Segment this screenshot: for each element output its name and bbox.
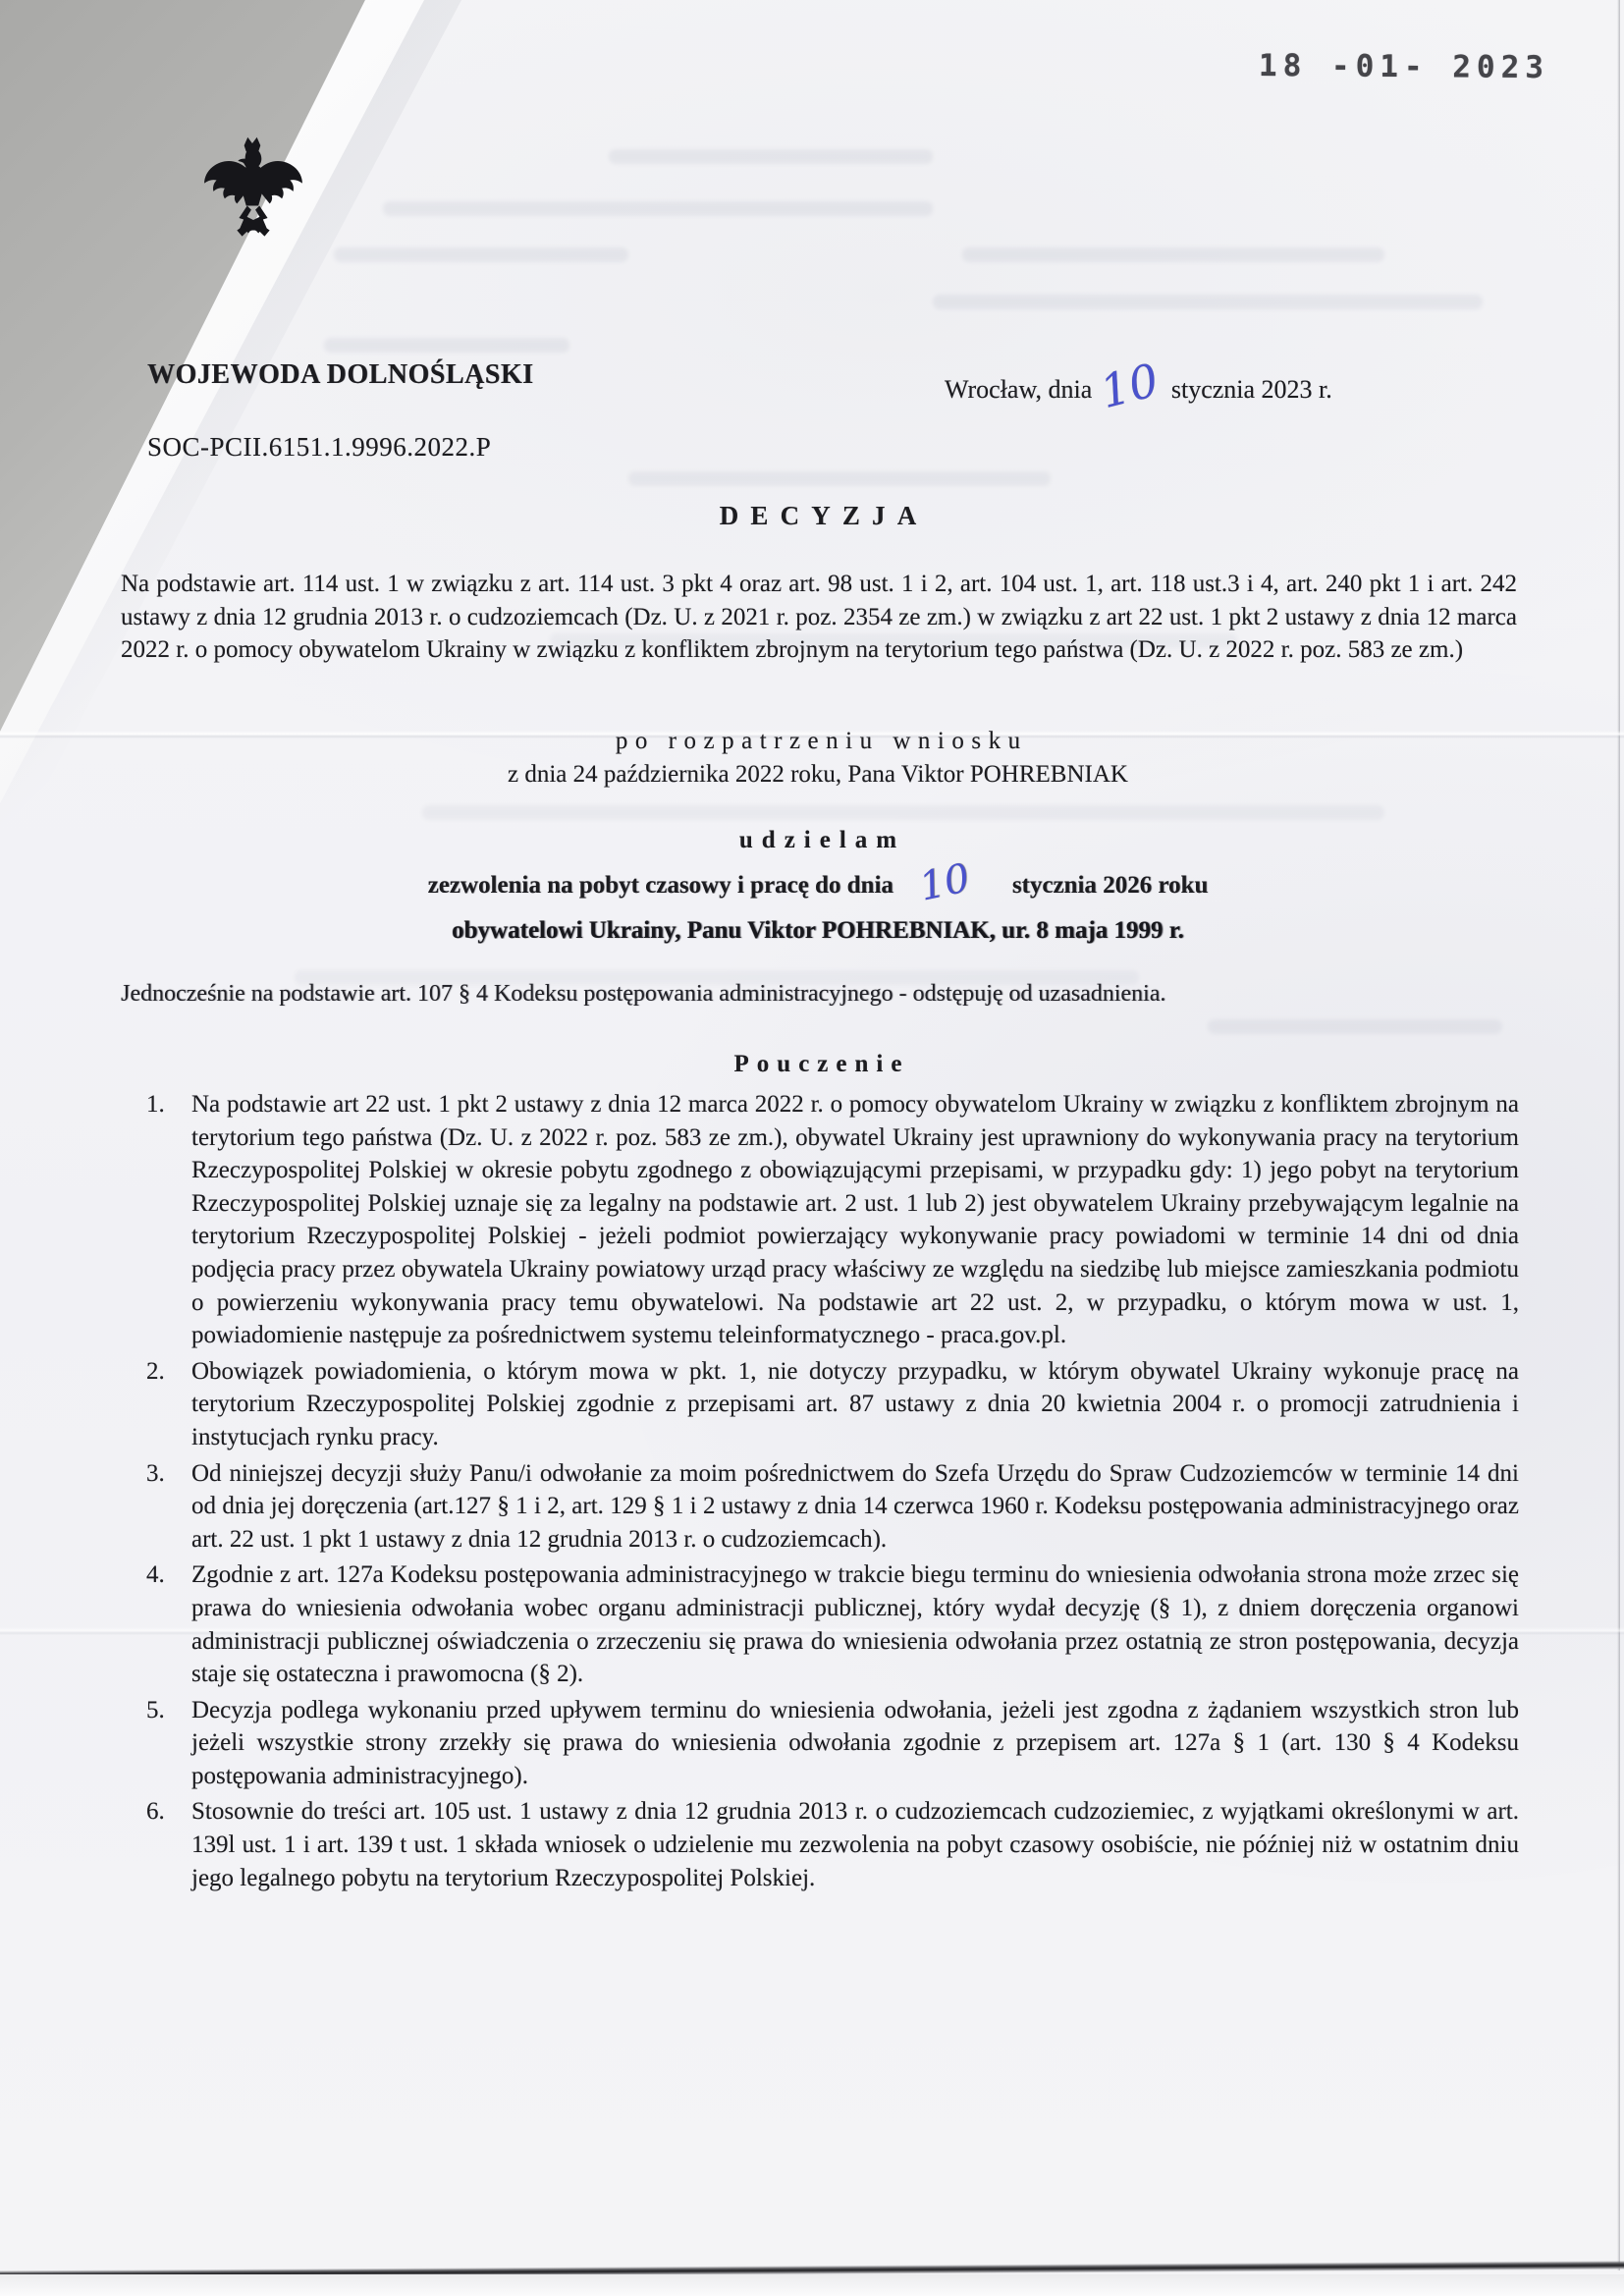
instruction-item: 3. Od niniejszej decyzji służy Panu/i od… bbox=[121, 1457, 1519, 1557]
justification-waiver-line: Jednocześnie na podstawie art. 107 § 4 K… bbox=[121, 981, 1517, 1008]
instruction-item-text: Obowiązek powiadomienia, o którym mowa w… bbox=[191, 1355, 1519, 1454]
bleedthrough-artifact bbox=[324, 338, 569, 353]
place-date-prefix: Wrocław, dnia bbox=[945, 375, 1092, 405]
issuing-authority-title: WOJEWODA DOLNOŚLĄSKI bbox=[147, 359, 534, 391]
after-review-line: po rozpatrzeniu wniosku bbox=[121, 728, 1515, 755]
instruction-item: 2. Obowiązek powiadomienia, o którym mow… bbox=[121, 1355, 1519, 1454]
beneficiary-line: obywatelowi Ukrainy, Panu Viktor POHREBN… bbox=[121, 917, 1515, 945]
page-right-edge bbox=[1617, 0, 1620, 2270]
bleedthrough-artifact bbox=[334, 247, 628, 262]
handwritten-day-grant: 10 bbox=[916, 858, 973, 907]
instruction-item-text: Stosownie do treści art. 105 ust. 1 usta… bbox=[191, 1795, 1519, 1894]
instruction-title: Pouczenie bbox=[121, 1051, 1515, 1078]
instruction-item: 1. Na podstawie art 22 ust. 1 pkt 2 usta… bbox=[121, 1088, 1519, 1352]
scanner-background bbox=[0, 2274, 1624, 2296]
instruction-item-number: 5. bbox=[121, 1694, 191, 1793]
instruction-item-number: 3. bbox=[121, 1457, 191, 1557]
bleedthrough-artifact bbox=[962, 247, 1384, 262]
instruction-item-text: Od niniejszej decyzji służy Panu/i odwoł… bbox=[191, 1457, 1519, 1557]
instruction-item-text: Decyzja podlega wykonaniu przed upływem … bbox=[191, 1694, 1519, 1793]
grant-word: udzielam bbox=[121, 827, 1515, 854]
bleedthrough-artifact bbox=[933, 295, 1483, 309]
instruction-item: 5. Decyzja podlega wykonaniu przed upływ… bbox=[121, 1694, 1519, 1793]
instruction-item: 4. Zgodnie z art. 127a Kodeksu postępowa… bbox=[121, 1558, 1519, 1690]
instruction-item-text: Na podstawie art 22 ust. 1 pkt 2 ustawy … bbox=[191, 1088, 1519, 1352]
bleedthrough-artifact bbox=[1208, 1019, 1502, 1034]
grant-permit-line: zezwolenia na pobyt czasowy i pracę do d… bbox=[121, 860, 1515, 900]
scanned-document-page: 18 -01- 2023 WOJEWODA DOLNOŚLĄSKI Wrocła bbox=[0, 0, 1624, 2296]
bleedthrough-artifact bbox=[609, 149, 933, 164]
decision-title: DECYZJA bbox=[121, 501, 1515, 531]
date-received-stamp: 18 -01- 2023 bbox=[1259, 48, 1549, 85]
instruction-item: 6. Stosownie do treści art. 105 ust. 1 u… bbox=[121, 1795, 1519, 1894]
bleedthrough-artifact bbox=[383, 201, 933, 216]
instruction-item-text: Zgodnie z art. 127a Kodeksu postępowania… bbox=[191, 1558, 1519, 1690]
grant-line-before-day: zezwolenia na pobyt czasowy i pracę do d… bbox=[428, 872, 893, 900]
grant-line-after-day: stycznia 2026 roku bbox=[1012, 872, 1209, 900]
bleedthrough-artifact bbox=[422, 805, 1384, 820]
legal-basis-paragraph: Na podstawie art. 114 ust. 1 w związku z… bbox=[121, 568, 1517, 667]
place-date-suffix: stycznia 2023 r. bbox=[1171, 375, 1332, 405]
polish-eagle-emblem-icon bbox=[202, 136, 304, 251]
bleedthrough-artifact bbox=[628, 471, 1051, 486]
instruction-item-number: 1. bbox=[121, 1088, 191, 1352]
place-and-date-line: Wrocław, dnia 10 stycznia 2023 r. bbox=[945, 359, 1332, 405]
instruction-item-number: 4. bbox=[121, 1558, 191, 1690]
case-reference-number: SOC-PCII.6151.1.9996.2022.P bbox=[147, 432, 491, 463]
instruction-item-number: 6. bbox=[121, 1795, 191, 1894]
instruction-item-number: 2. bbox=[121, 1355, 191, 1454]
application-date-line: z dnia 24 października 2022 roku, Pana V… bbox=[121, 761, 1515, 789]
handwritten-day-header: 10 bbox=[1097, 356, 1164, 414]
instruction-list: 1. Na podstawie art 22 ust. 1 pkt 2 usta… bbox=[121, 1088, 1519, 1897]
